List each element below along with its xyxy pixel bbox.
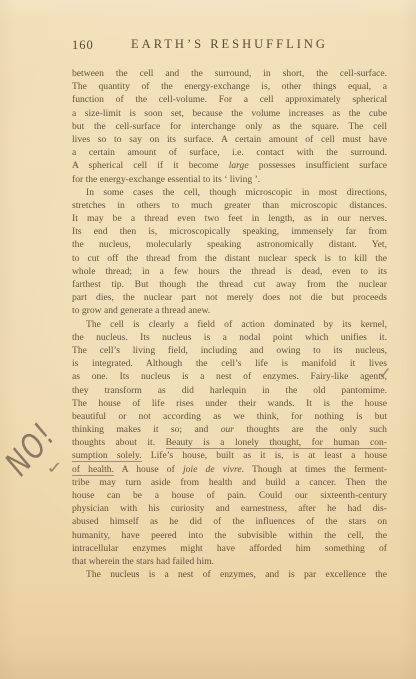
text-line: A spherical cell if it become large poss…: [72, 159, 387, 172]
text-line: It may be a thread even two feet in leng…: [72, 212, 387, 225]
text-segment: stretches in others to much greater than…: [72, 200, 387, 211]
text-segment: tribe may turn aside from health and bui…: [72, 477, 387, 488]
running-head: EARTH’S RESHUFFLING: [72, 37, 387, 52]
text-line: The cell’s living field, including and o…: [72, 344, 387, 357]
text-segment: The cell is clearly a field of action do…: [72, 319, 387, 330]
text-line: beautiful or not according as we think, …: [72, 410, 387, 423]
text-segment: lives so to say on its surface. A certai…: [72, 134, 387, 145]
text-segment: The cell’s living field, including and o…: [72, 345, 387, 356]
text-line: Its end then is, microscopically speakin…: [72, 225, 387, 238]
text-line: house can be a house of pain. Could our …: [72, 489, 387, 502]
text-segment: farthest tip. But though the thread cut …: [72, 279, 387, 290]
text-segment: as one. Its nucleus is a nest of enzymes…: [72, 371, 387, 382]
text-segment: joie de vivre: [183, 464, 242, 475]
text-line: The cell is clearly a field of action do…: [72, 318, 387, 331]
text-segment: Its end then is, microscopically speakin…: [72, 226, 387, 237]
text-line: stretches in others to much greater than…: [72, 199, 387, 212]
text-line: part dies, the nuclear part not merely d…: [72, 291, 387, 304]
text-segment: thoughts are the only such: [234, 424, 387, 435]
text-segment: Life’s house, built as it is, is at leas…: [142, 450, 387, 461]
text-line: In some cases the cell, though microscop…: [72, 186, 387, 199]
text-segment: The house of life rises under their wand…: [72, 398, 387, 409]
text-block: between the cell and the surround, in sh…: [72, 67, 387, 581]
text-line: a certain amount of surface, i.e. contac…: [72, 146, 387, 159]
text-line: the nucleus, molecularly speaking astron…: [72, 238, 387, 251]
text-line: lives so to say on its surface. A certai…: [72, 133, 387, 146]
text-line: between the cell and the surround, in sh…: [72, 67, 387, 80]
pencil-checkmark-left: ✓: [45, 458, 64, 479]
text-line: The nucleus is a nest of enzymes, and is…: [72, 568, 387, 581]
text-segment: that wherein the stars had failed him.: [72, 556, 214, 567]
text-line: tribe may turn aside from health and bui…: [72, 476, 387, 489]
text-segment: sumption solely.: [72, 450, 142, 462]
text-segment: for the energy-exchange essential to its…: [72, 174, 260, 185]
text-segment: The quantity of the energy-exchange is, …: [72, 81, 387, 92]
text-segment: A house of: [114, 464, 183, 475]
text-segment: house can be a house of pain. Could our …: [72, 490, 387, 501]
text-line: that wherein the stars had failed him.: [72, 555, 387, 568]
text-segment: abused himself as he did of the influenc…: [72, 516, 387, 527]
text-line: The quantity of the energy-exchange is, …: [72, 80, 387, 93]
text-line: thoughts about it. Beauty is a lonely th…: [72, 436, 387, 449]
text-segment: our: [221, 424, 234, 435]
text-segment: intracellular enzymes might have afforde…: [72, 543, 387, 554]
text-segment: The nucleus is a nest of enzymes, and is…: [72, 569, 387, 580]
text-line: physician with his curiosity and earnest…: [72, 502, 387, 515]
text-segment: a size-limit is soon set, because the vo…: [72, 108, 387, 119]
text-line: abused himself as he did of the influenc…: [72, 515, 387, 528]
text-line: function of the cell-volume. For a cell …: [72, 93, 387, 106]
text-line: thinking makes it so; and our thoughts a…: [72, 423, 387, 436]
pencil-checkmark-right: ✓: [376, 363, 394, 383]
text-segment: to cut off the thread from the distant n…: [72, 253, 387, 264]
text-line: humanity, have peered into the subvisibl…: [72, 529, 387, 542]
text-segment: the nucleus, molecularly speaking astron…: [72, 239, 387, 250]
text-segment: possesses insufficient surface: [249, 160, 387, 171]
text-line: of health. A house of joie de vivre. Tho…: [72, 463, 387, 476]
text-segment: between the cell and the surround, in sh…: [72, 68, 387, 79]
text-segment: whole thread; in a few hours the thread …: [72, 266, 387, 277]
text-line: as one. Its nucleus is a nest of enzymes…: [72, 370, 387, 383]
text-segment: humanity, have peered into the subvisibl…: [72, 530, 387, 541]
text-segment: to grow and generate a thread anew.: [72, 305, 210, 316]
text-segment: is integrated. Although the cell’s life …: [72, 358, 387, 369]
text-line: intracellular enzymes might have afforde…: [72, 542, 387, 555]
text-line: but the cell-surface for interchange onl…: [72, 120, 387, 133]
text-segment: thinking makes it so; and: [72, 424, 221, 435]
text-line: sumption solely. Life’s house, built as …: [72, 449, 387, 462]
text-segment: In some cases the cell, though microscop…: [72, 187, 387, 198]
text-segment: thoughts about it.: [72, 437, 166, 448]
text-segment: A spherical cell if it become: [72, 160, 229, 171]
text-line: they transform as did harlequin in the o…: [72, 384, 387, 397]
text-line: the nucleus. Its nucleus is a nodal poin…: [72, 331, 387, 344]
text-segment: a certain amount of surface, i.e. contac…: [72, 147, 387, 158]
text-line: is integrated. Although the cell’s life …: [72, 357, 387, 370]
text-segment: of health.: [72, 464, 114, 476]
text-segment: It may be a thread even two feet in leng…: [72, 213, 387, 224]
text-segment: they transform as did harlequin in the o…: [72, 385, 387, 396]
text-segment: beautiful or not according as we think, …: [72, 411, 387, 422]
text-segment: function of the cell-volume. For a cell …: [72, 94, 387, 105]
text-line: The house of life rises under their wand…: [72, 397, 387, 410]
text-line: a size-limit is soon set, because the vo…: [72, 107, 387, 120]
text-line: to grow and generate a thread anew.: [72, 304, 387, 317]
text-segment: large: [229, 160, 249, 171]
text-segment: but the cell-surface for interchange onl…: [72, 121, 387, 132]
text-line: whole thread; in a few hours the thread …: [72, 265, 387, 278]
text-line: to cut off the thread from the distant n…: [72, 252, 387, 265]
text-segment: part dies, the nuclear part not merely d…: [72, 292, 387, 303]
text-segment: . Though at times the ferment-: [242, 464, 387, 475]
text-segment: the nucleus. Its nucleus is a nodal poin…: [72, 332, 387, 343]
text-segment: Beauty is a lonely thought, for human co…: [166, 437, 387, 449]
text-line: farthest tip. But though the thread cut …: [72, 278, 387, 291]
text-line: for the energy-exchange essential to its…: [72, 173, 387, 186]
page-header: 160 EARTH’S RESHUFFLING: [72, 37, 387, 53]
text-segment: physician with his curiosity and earnest…: [72, 503, 387, 514]
